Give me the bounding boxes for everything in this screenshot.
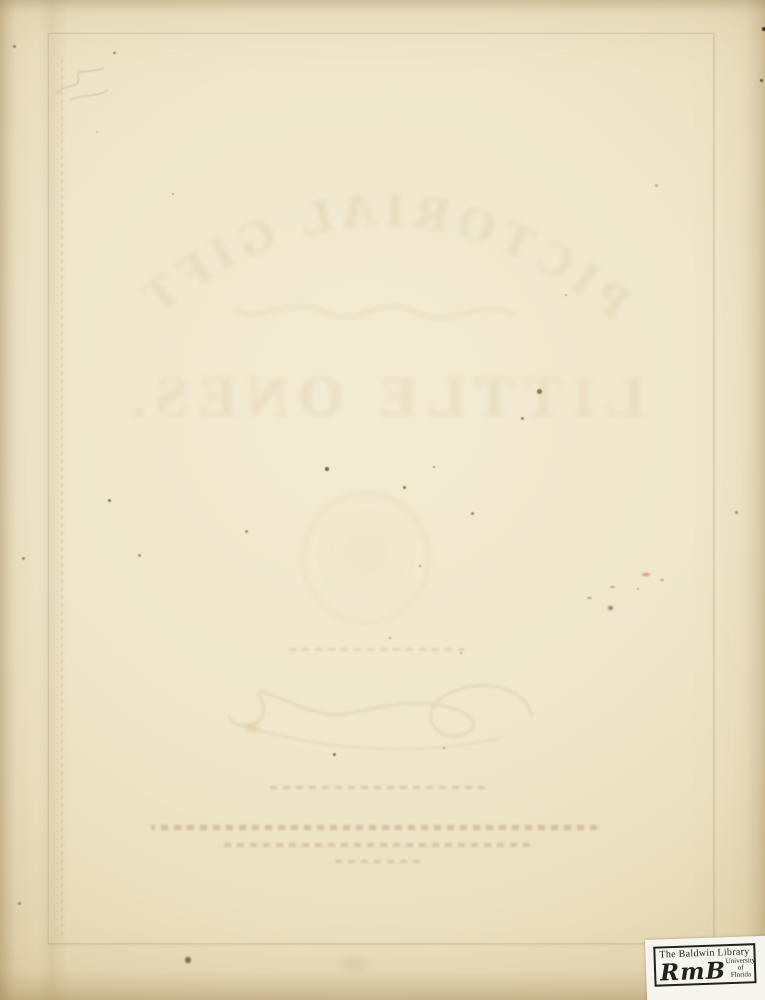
foxing-spot (245, 530, 248, 533)
foxing-spot (660, 579, 664, 581)
foxing-spot (537, 389, 542, 394)
foxing-spot (18, 902, 21, 905)
foxing-spot (608, 606, 613, 610)
ghost-main-title: LITTLE ONES. (0, 368, 765, 426)
foxing-spot (340, 958, 368, 970)
foxing-spot (521, 417, 524, 420)
svg-text:PICTORIAL GIFT: PICTORIAL GIFT (133, 183, 633, 329)
foxing-spot (325, 467, 329, 471)
foxing-spot (610, 586, 615, 588)
page-edge-top (0, 0, 765, 14)
ghost-imprint-trace-3 (220, 843, 530, 847)
foxing-spot (655, 184, 658, 187)
scanned-book-page: PICTORIAL GIFT LITTLE ONES. The Baldwin … (0, 0, 765, 1000)
foxing-layer (0, 0, 765, 1000)
foxing-spot (96, 131, 98, 133)
foxing-spot (138, 554, 141, 557)
foxing-spot (642, 573, 650, 576)
foxing-spot (471, 512, 474, 515)
stamp-monogram: RmB (659, 960, 727, 983)
page-edge-left (0, 0, 16, 1000)
foxing-spot (587, 597, 592, 599)
stamp-institution-line3: Florida (726, 971, 756, 979)
foxing-spot (172, 193, 174, 195)
ghost-flourish-ornament (220, 660, 540, 760)
foxing-spot (389, 637, 391, 639)
stamp-institution: University of Florida (726, 957, 757, 981)
plate-mark-border (48, 33, 714, 944)
ghost-imprint-trace-1 (265, 786, 485, 789)
foxing-spot (185, 957, 191, 963)
ghost-date-trace (330, 860, 420, 863)
foxing-spot (333, 753, 336, 756)
ghost-round-vignette (302, 492, 430, 624)
paper-fold-line (61, 60, 63, 940)
foxing-spot (565, 294, 567, 296)
foxing-spot (22, 557, 25, 560)
foxing-spot (113, 52, 116, 54)
ghost-arched-title: PICTORIAL GIFT (133, 148, 633, 343)
paper-vignette (0, 0, 765, 1000)
stamp-border: The Baldwin Library RmB University of Fl… (653, 943, 756, 987)
ghost-arc-text: PICTORIAL GIFT (133, 183, 633, 329)
foxing-spot (108, 499, 111, 502)
library-stamp: The Baldwin Library RmB University of Fl… (645, 936, 765, 1000)
foxing-spot (433, 466, 435, 468)
foxing-spot (760, 79, 763, 82)
foxing-spot (443, 747, 445, 749)
foxing-spot (245, 724, 259, 733)
foxing-spot (419, 565, 421, 567)
foxing-spot (13, 45, 16, 48)
paper-fold-band (38, 0, 68, 1000)
pencil-scribble (52, 60, 112, 105)
ghost-vine-ornament (230, 286, 520, 340)
foxing-spot (403, 486, 406, 489)
ghost-showthrough: PICTORIAL GIFT LITTLE ONES. (0, 0, 765, 1000)
ghost-imprint-trace-2 (151, 825, 597, 830)
ghost-byline-trace (285, 648, 465, 651)
foxing-spot (735, 511, 738, 514)
foxing-spot (637, 588, 639, 590)
foxing-spot (460, 652, 462, 654)
page-edge-right (745, 0, 765, 1000)
